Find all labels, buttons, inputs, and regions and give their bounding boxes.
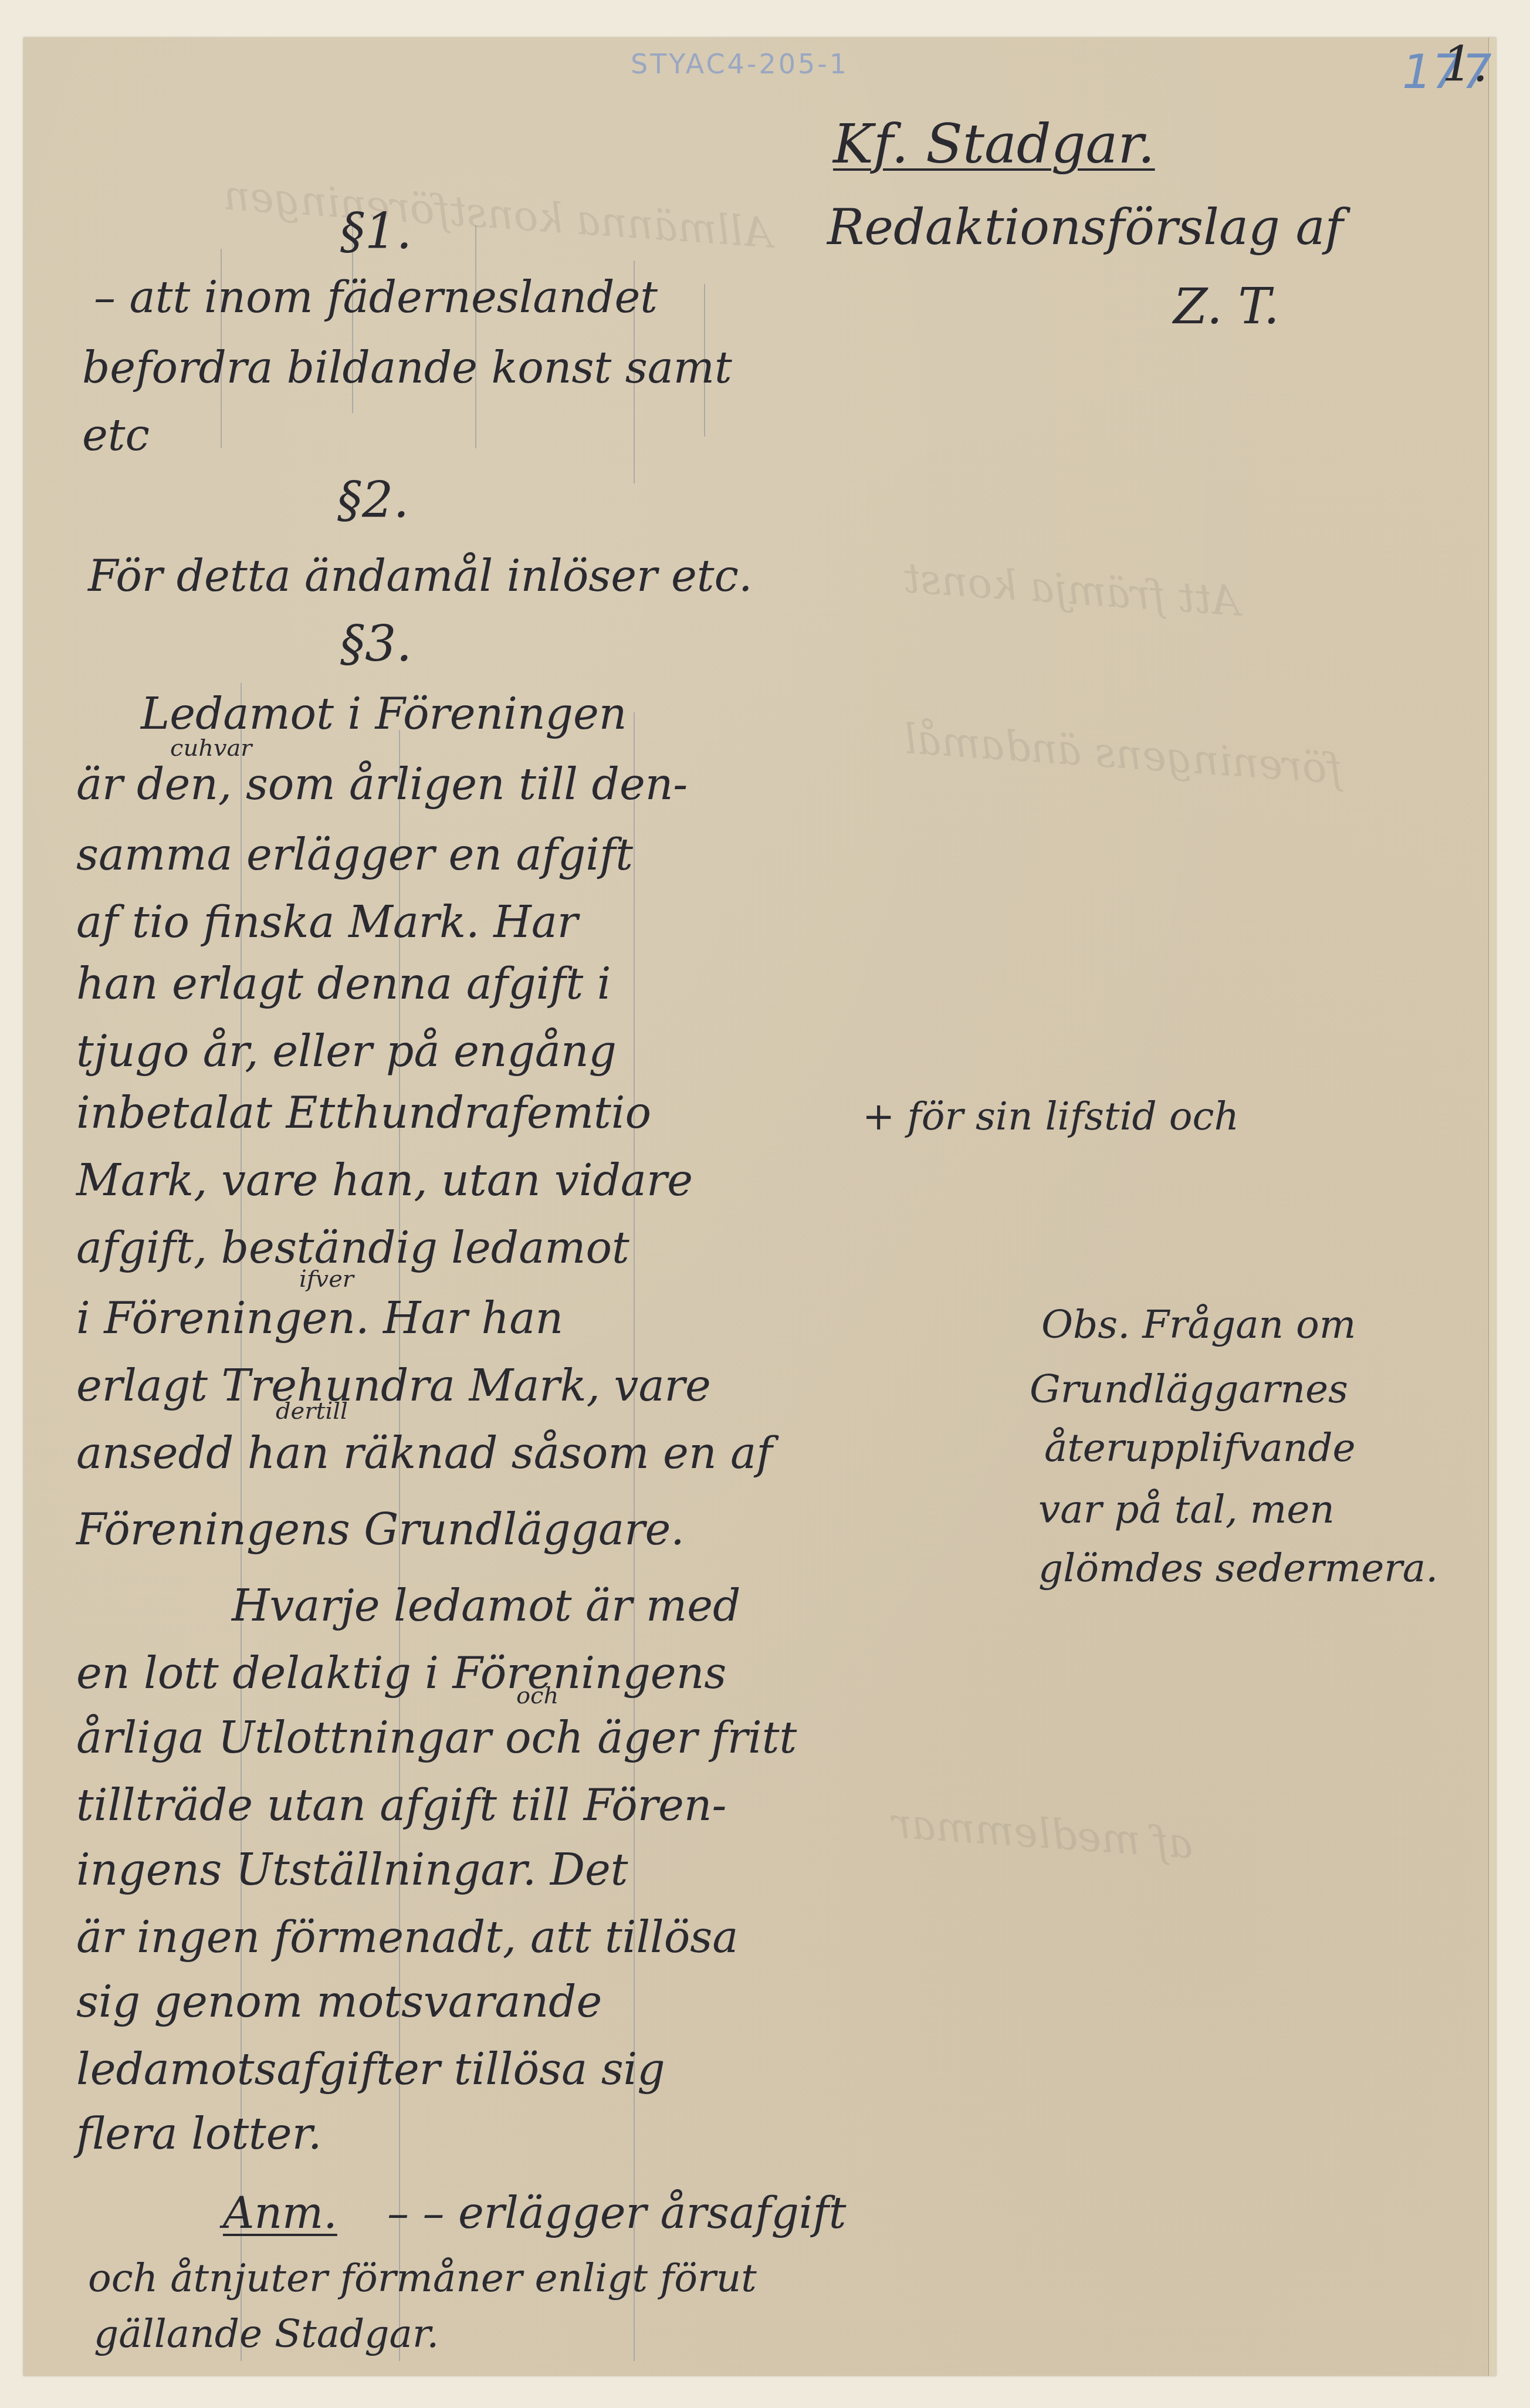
text-line: Föreningens Grundläggare. [76,1508,685,1551]
annotation-line: och åtnjuter förmåner enligt förut [88,2259,757,2298]
text-line: flera lotter. [76,2112,321,2156]
margin-note-obs: återupplifvande [1044,1429,1356,1467]
margin-note-obs: Obs. Frågan om [1041,1306,1356,1344]
bleed-through-text: Att främja konst [902,554,1242,625]
pencil-rule [475,225,476,448]
annotation-line: gällande Stadgar. [94,2315,439,2353]
text-line: ledamotsafgifter tillösa sig [76,2048,665,2091]
margin-note-obs: glömdes sedermera. [1038,1549,1438,1588]
bleed-through-text: af medlemmar [891,1799,1195,1868]
text-line: inbetalat Etthundrafemtio [76,1091,651,1135]
text-line: Ledamot i Föreningen [141,692,627,736]
text-line: i Föreningen. Har han [76,1297,563,1340]
text-line: en lott delaktig i Föreningens [76,1652,726,1695]
text-line: han erlagt denna afgift i [76,962,611,1006]
text-line: är ingen förmenadt, att tillösa [76,1916,738,1959]
text-line: samma erlägger en afgift [76,833,633,877]
text-line: ingens Utställningar. Det [76,1848,628,1892]
bleed-through-text: föreningens ändamål [902,715,1344,793]
text-line: sig genom motsvarande [76,1980,602,2024]
section-heading-2: §2. [337,475,409,525]
text-line: Mark, vare han, utan vidare [76,1159,693,1202]
margin-note-obs: var på tal, men [1038,1490,1335,1529]
text-line: Hvarje ledamot är med [232,1584,740,1628]
text-line: erlagt Trehundra Mark, vare [76,1364,711,1408]
interlinear-insertion: ifver [299,1267,354,1291]
text-line: ansedd han räknad såsom en af [76,1432,773,1475]
sheet-edge [1488,38,1496,2376]
bleed-through-text: Allmänna konstföreningen [222,171,774,257]
text-line: af tio finska Mark. Har [76,901,578,944]
author-initials: Z. T. [1173,282,1279,331]
margin-note-obs: Grundläggarnes [1030,1370,1348,1409]
text-line: tillträde utan afgift till Fören- [76,1784,726,1827]
text-line: För detta ändamål inlöser etc. [88,554,752,598]
margin-note-insertion: + för sin lifstid och [862,1097,1239,1136]
interlinear-insertion: cuhvar [170,736,252,760]
archive-reference: STYAC4-205-1 [631,48,849,80]
text-line: – att inom fäderneslandet [94,276,658,319]
text-line: afgift, beständig ledamot [76,1226,629,1270]
annotation-line: – – erlägger årsafgift [387,2191,847,2235]
document-title: Kf. Stadgar. [833,117,1155,171]
text-line: etc [82,414,150,457]
annotation-label: Anm. [223,2191,337,2235]
interlinear-insertion: och [516,1684,558,1707]
text-line: befordra bildande konst samt [82,346,732,390]
section-heading-3: §3. [340,619,412,668]
text-line: årliga Utlottningar och äger fritt [76,1716,797,1760]
document-subtitle: Redaktionsförslag af [827,202,1343,252]
section-heading-1: §1. [340,207,412,256]
text-line: är den, som årligen till den- [76,763,688,806]
page-number: 1. [1442,41,1488,89]
interlinear-insertion: dertill [276,1399,348,1423]
text-line: tjugo år, eller på engång [76,1030,617,1073]
